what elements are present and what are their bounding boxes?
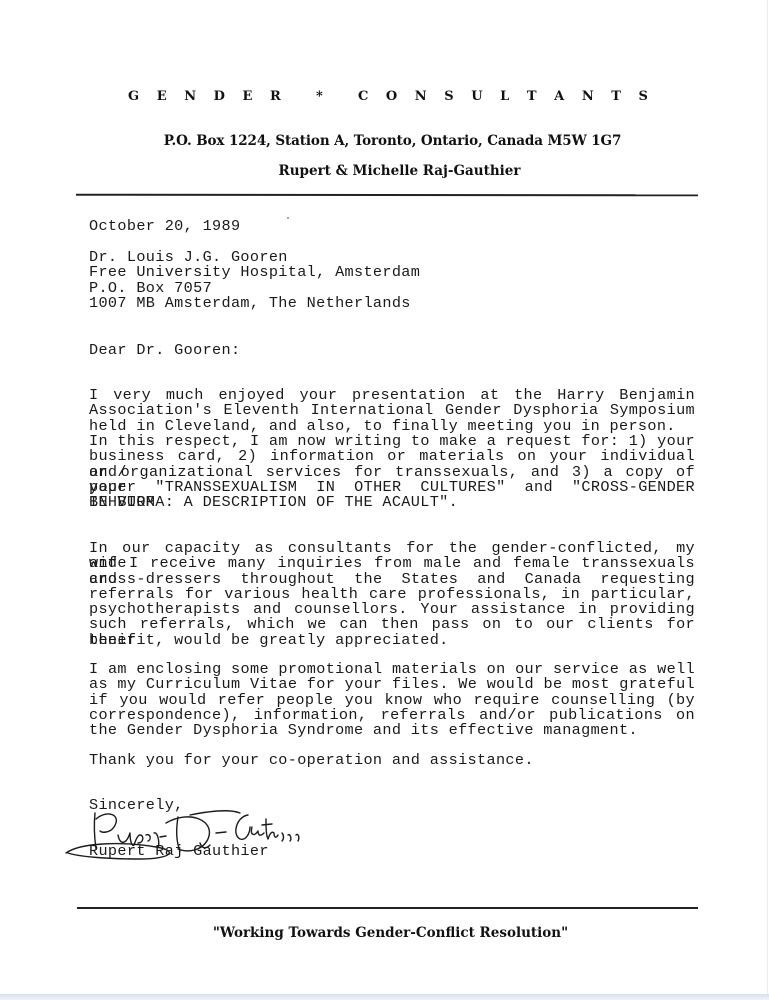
title-letter: R <box>270 89 281 104</box>
salutation: Dear Dr. Gooren: <box>89 343 695 358</box>
title-letter: N <box>184 89 196 104</box>
title-letter: N <box>582 89 594 104</box>
paragraph-3: In our capacity as consultants for the g… <box>89 541 695 648</box>
title-letter: O <box>386 89 397 104</box>
asterisk-separator: * <box>316 89 323 104</box>
closing-text: Sincerely, <box>89 798 695 813</box>
letterhead-title: G E N D E R * C O N S U L T A N T S <box>128 89 648 104</box>
paragraph-line: benefit, would be greatly appreciated. <box>89 633 695 648</box>
title-letter: U <box>471 89 482 104</box>
title-letter: T <box>527 89 537 104</box>
title-letter: S <box>444 89 453 104</box>
letterhead-names: Rupert & Michelle Raj-Gauthier <box>0 163 769 179</box>
title-letter: G <box>128 89 139 104</box>
closing: Sincerely, <box>89 798 695 813</box>
recipient-address: Dr. Louis J.G. Gooren Free University Ho… <box>89 250 695 311</box>
signed-name-text: Rupert Raj-Gauthier <box>89 844 695 859</box>
paragraph-5: Thank you for your co-operation and assi… <box>89 753 695 768</box>
title-letter: N <box>415 89 427 104</box>
footer-tagline: "Working Towards Gender-Conflict Resolut… <box>0 925 769 941</box>
date-text: October 20, 1989 <box>89 219 695 234</box>
title-letter: D <box>214 89 225 104</box>
paragraph-1: I very much enjoyed your presentation at… <box>89 388 695 434</box>
salutation-text: Dear Dr. Gooren: <box>89 343 695 358</box>
letter-date: October 20, 1989 <box>89 219 695 234</box>
signed-name: Rupert Raj-Gauthier <box>89 844 695 859</box>
page-bottom-edge <box>0 994 769 1000</box>
letterhead-address: P.O. Box 1224, Station A, Toronto, Ontar… <box>0 133 769 149</box>
title-letter: L <box>500 89 509 104</box>
title-letter: S <box>639 89 648 104</box>
paragraph-line: Thank you for your co-operation and assi… <box>89 753 695 768</box>
letter-page: G E N D E R * C O N S U L T A N T S P.O.… <box>0 0 768 994</box>
header-divider <box>76 194 698 197</box>
paragraph-4: I am enclosing some promotional material… <box>89 662 695 738</box>
footer-divider <box>77 907 698 909</box>
title-letter: E <box>157 89 167 104</box>
title-letter: A <box>554 89 564 104</box>
title-letter: C <box>358 89 368 104</box>
paragraph-line: the Gender Dysphoria Syndrome and its ef… <box>89 723 695 738</box>
paragraph-line: IN BURMA: A DESCRIPTION OF THE ACAULT". <box>89 495 695 510</box>
title-letter: T <box>611 89 621 104</box>
recipient-city: 1007 MB Amsterdam, The Netherlands <box>89 296 695 311</box>
title-letter: E <box>243 89 253 104</box>
paragraph-2: In this respect, I am now writing to mak… <box>89 434 695 510</box>
